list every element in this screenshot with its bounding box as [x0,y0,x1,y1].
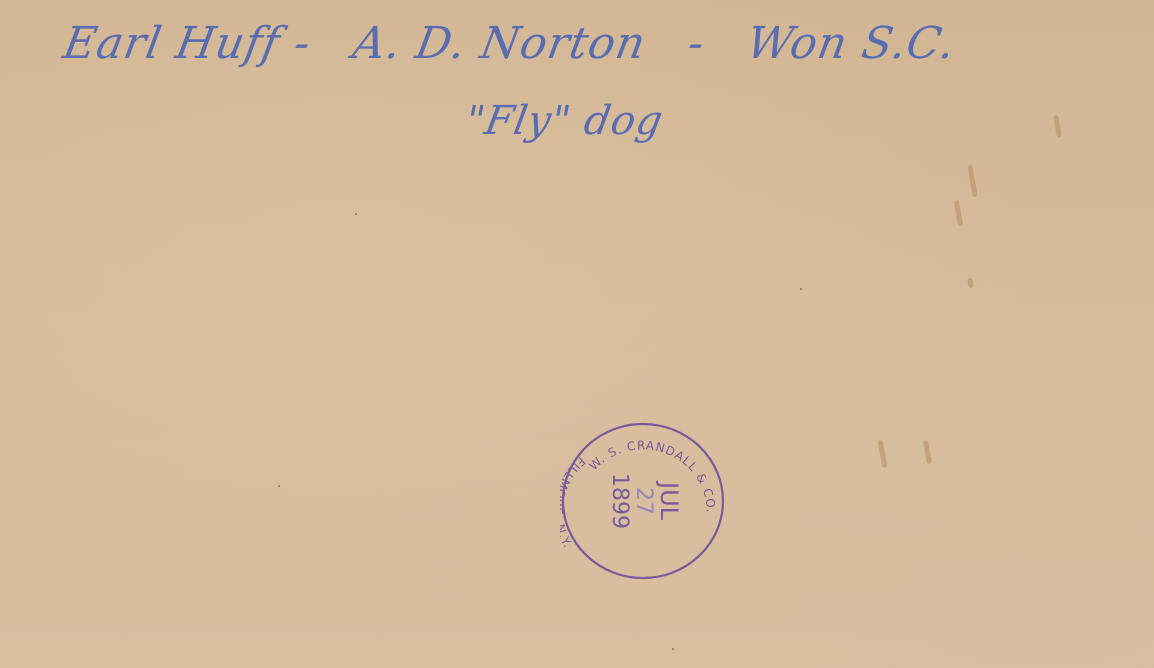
photographer-stamp: W. S. CRANDALL & CO. FILLMORE, N.Y. JUL … [560,421,726,581]
inscription-dash: - [684,18,709,69]
inscription-name-1: Earl Huff - [60,18,316,69]
stamp-month: JUL [655,480,683,521]
stamp-year: 1899 [607,473,632,529]
stamp-bottom-arc: FILLMORE, N.Y. [560,454,588,551]
inscription-line-1: Earl Huff - A. D. Norton - Won S.C. [60,18,988,69]
speck [800,288,802,290]
stamp-svg: W. S. CRANDALL & CO. FILLMORE, N.Y. JUL … [560,421,726,581]
inscription-name-2: A. D. Norton [349,18,650,69]
inscription-line-2: "Fly" dog [462,98,667,144]
speck [672,648,674,650]
stamp-day: 27 [631,487,656,515]
speck [355,213,357,215]
speck [278,485,280,487]
inscription-note: Won S.C. [743,18,960,69]
